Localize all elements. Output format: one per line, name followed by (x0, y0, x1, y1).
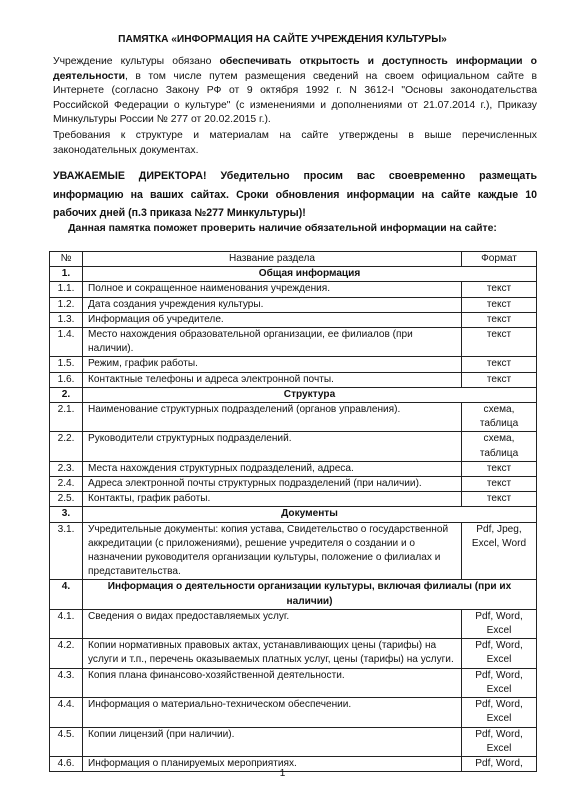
item-name: Информация о материально-техническом обе… (83, 698, 462, 727)
section-title: Документы (83, 507, 537, 522)
item-name: Адреса электронной почты структурных под… (83, 477, 462, 492)
table-row: 2.2.Руководители структурных подразделен… (50, 432, 537, 461)
item-number: 3.1. (50, 522, 83, 580)
item-format: схема, таблица (462, 403, 537, 432)
intro-text-rest: , в том числе путем размещения сведений … (53, 71, 537, 126)
table-row: 1.1.Полное и сокращенное наименования уч… (50, 282, 537, 297)
table-row: 4.2.Копии нормативных правовых актах, ус… (50, 639, 537, 668)
table-lead-text: Данная памятка поможет проверить наличие… (0, 223, 565, 234)
table-row: 4.3.Копия плана финансово-хозяйственной … (50, 668, 537, 697)
table-row: 3.1.Учредительные документы: копия устав… (50, 522, 537, 580)
item-number: 2.4. (50, 477, 83, 492)
item-name: Руководители структурных подразделений. (83, 432, 462, 461)
item-format: Pdf, Word, Excel (462, 698, 537, 727)
item-number: 4.2. (50, 639, 83, 668)
table-row: 2.4.Адреса электронной почты структурных… (50, 477, 537, 492)
item-number: 1.3. (50, 312, 83, 327)
item-format: схема, таблица (462, 432, 537, 461)
section-title: Информация о деятельности организации ку… (83, 580, 537, 609)
table-header-row: № Название раздела Формат (50, 252, 537, 267)
table-row: 1.2.Дата создания учреждения культуры.те… (50, 297, 537, 312)
item-number: 2.1. (50, 403, 83, 432)
table-row: 2.3.Места нахождения структурных подразд… (50, 461, 537, 476)
item-name: Место нахождения образовательной организ… (83, 328, 462, 357)
item-format: текст (462, 357, 537, 372)
item-name: Информация об учредителе. (83, 312, 462, 327)
item-number: 4.3. (50, 668, 83, 697)
table-section-row: 4.Информация о деятельности организации … (50, 580, 537, 609)
page-number: 1 (0, 768, 565, 779)
section-number: 3. (50, 507, 83, 522)
table-row: 4.1.Сведения о видах предоставляемых усл… (50, 609, 537, 638)
table-row: 4.4.Информация о материально-техническом… (50, 698, 537, 727)
item-format: Pdf, Word, Excel (462, 727, 537, 756)
item-format: Pdf, Word, Excel (462, 639, 537, 668)
item-number: 4.1. (50, 609, 83, 638)
table-row: 2.5.Контакты, график работы.текст (50, 492, 537, 507)
header-number: № (50, 252, 83, 267)
table-row: 1.5.Режим, график работы.текст (50, 357, 537, 372)
item-format: Pdf, Word, Excel (462, 668, 537, 697)
item-number: 1.4. (50, 328, 83, 357)
item-name: Контакты, график работы. (83, 492, 462, 507)
table-section-row: 3.Документы (50, 507, 537, 522)
item-name: Полное и сокращенное наименования учрежд… (83, 282, 462, 297)
table-row: 2.1.Наименование структурных подразделен… (50, 403, 537, 432)
intro-text-start: Учреждение культуры обязано (53, 56, 220, 67)
table-row: 4.5.Копии лицензий (при наличии).Pdf, Wo… (50, 727, 537, 756)
item-number: 2.2. (50, 432, 83, 461)
requirements-paragraph: Требования к структуре и материалам на с… (53, 129, 537, 158)
header-section-name: Название раздела (83, 252, 462, 267)
item-format: текст (462, 282, 537, 297)
item-number: 1.2. (50, 297, 83, 312)
item-number: 4.5. (50, 727, 83, 756)
section-number: 1. (50, 267, 83, 282)
table-row: 1.4.Место нахождения образовательной орг… (50, 328, 537, 357)
item-name: Учредительные документы: копия устава, С… (83, 522, 462, 580)
header-format: Формат (462, 252, 537, 267)
table-section-row: 2.Структура (50, 387, 537, 402)
item-name: Копии нормативных правовых актах, устана… (83, 639, 462, 668)
section-title: Общая информация (83, 267, 537, 282)
item-name: Дата создания учреждения культуры. (83, 297, 462, 312)
item-name: Сведения о видах предоставляемых услуг. (83, 609, 462, 638)
item-name: Наименование структурных подразделений (… (83, 403, 462, 432)
item-number: 2.5. (50, 492, 83, 507)
item-name: Режим, график работы. (83, 357, 462, 372)
item-format: текст (462, 477, 537, 492)
intro-paragraph: Учреждение культуры обязано обеспечивать… (53, 55, 537, 128)
item-format: текст (462, 297, 537, 312)
item-name: Копия плана финансово-хозяйственной деят… (83, 668, 462, 697)
item-number: 1.5. (50, 357, 83, 372)
item-number: 4.4. (50, 698, 83, 727)
item-name: Места нахождения структурных подразделен… (83, 461, 462, 476)
item-format: текст (462, 372, 537, 387)
item-format: Pdf, Word, Excel (462, 609, 537, 638)
table-section-row: 1.Общая информация (50, 267, 537, 282)
section-number: 2. (50, 387, 83, 402)
table-row: 1.6.Контактные телефоны и адреса электро… (50, 372, 537, 387)
item-format: текст (462, 461, 537, 476)
item-format: текст (462, 492, 537, 507)
section-number: 4. (50, 580, 83, 609)
document-title: ПАМЯТКА «ИНФОРМАЦИЯ НА САЙТЕ УЧРЕЖДЕНИЯ … (0, 34, 565, 45)
document-page: ПАМЯТКА «ИНФОРМАЦИЯ НА САЙТЕ УЧРЕЖДЕНИЯ … (0, 0, 565, 800)
item-name: Контактные телефоны и адреса электронной… (83, 372, 462, 387)
table-row: 1.3.Информация об учредителе.текст (50, 312, 537, 327)
item-number: 1.6. (50, 372, 83, 387)
item-number: 2.3. (50, 461, 83, 476)
directors-notice: УВАЖАЕМЫЕ ДИРЕКТОРА! Убедительно просим … (53, 167, 537, 223)
item-name: Копии лицензий (при наличии). (83, 727, 462, 756)
item-format: текст (462, 328, 537, 357)
item-number: 1.1. (50, 282, 83, 297)
requirements-table: № Название раздела Формат 1.Общая информ… (49, 251, 537, 772)
item-format: Pdf, Jpeg, Excel, Word (462, 522, 537, 580)
item-format: текст (462, 312, 537, 327)
section-title: Структура (83, 387, 537, 402)
